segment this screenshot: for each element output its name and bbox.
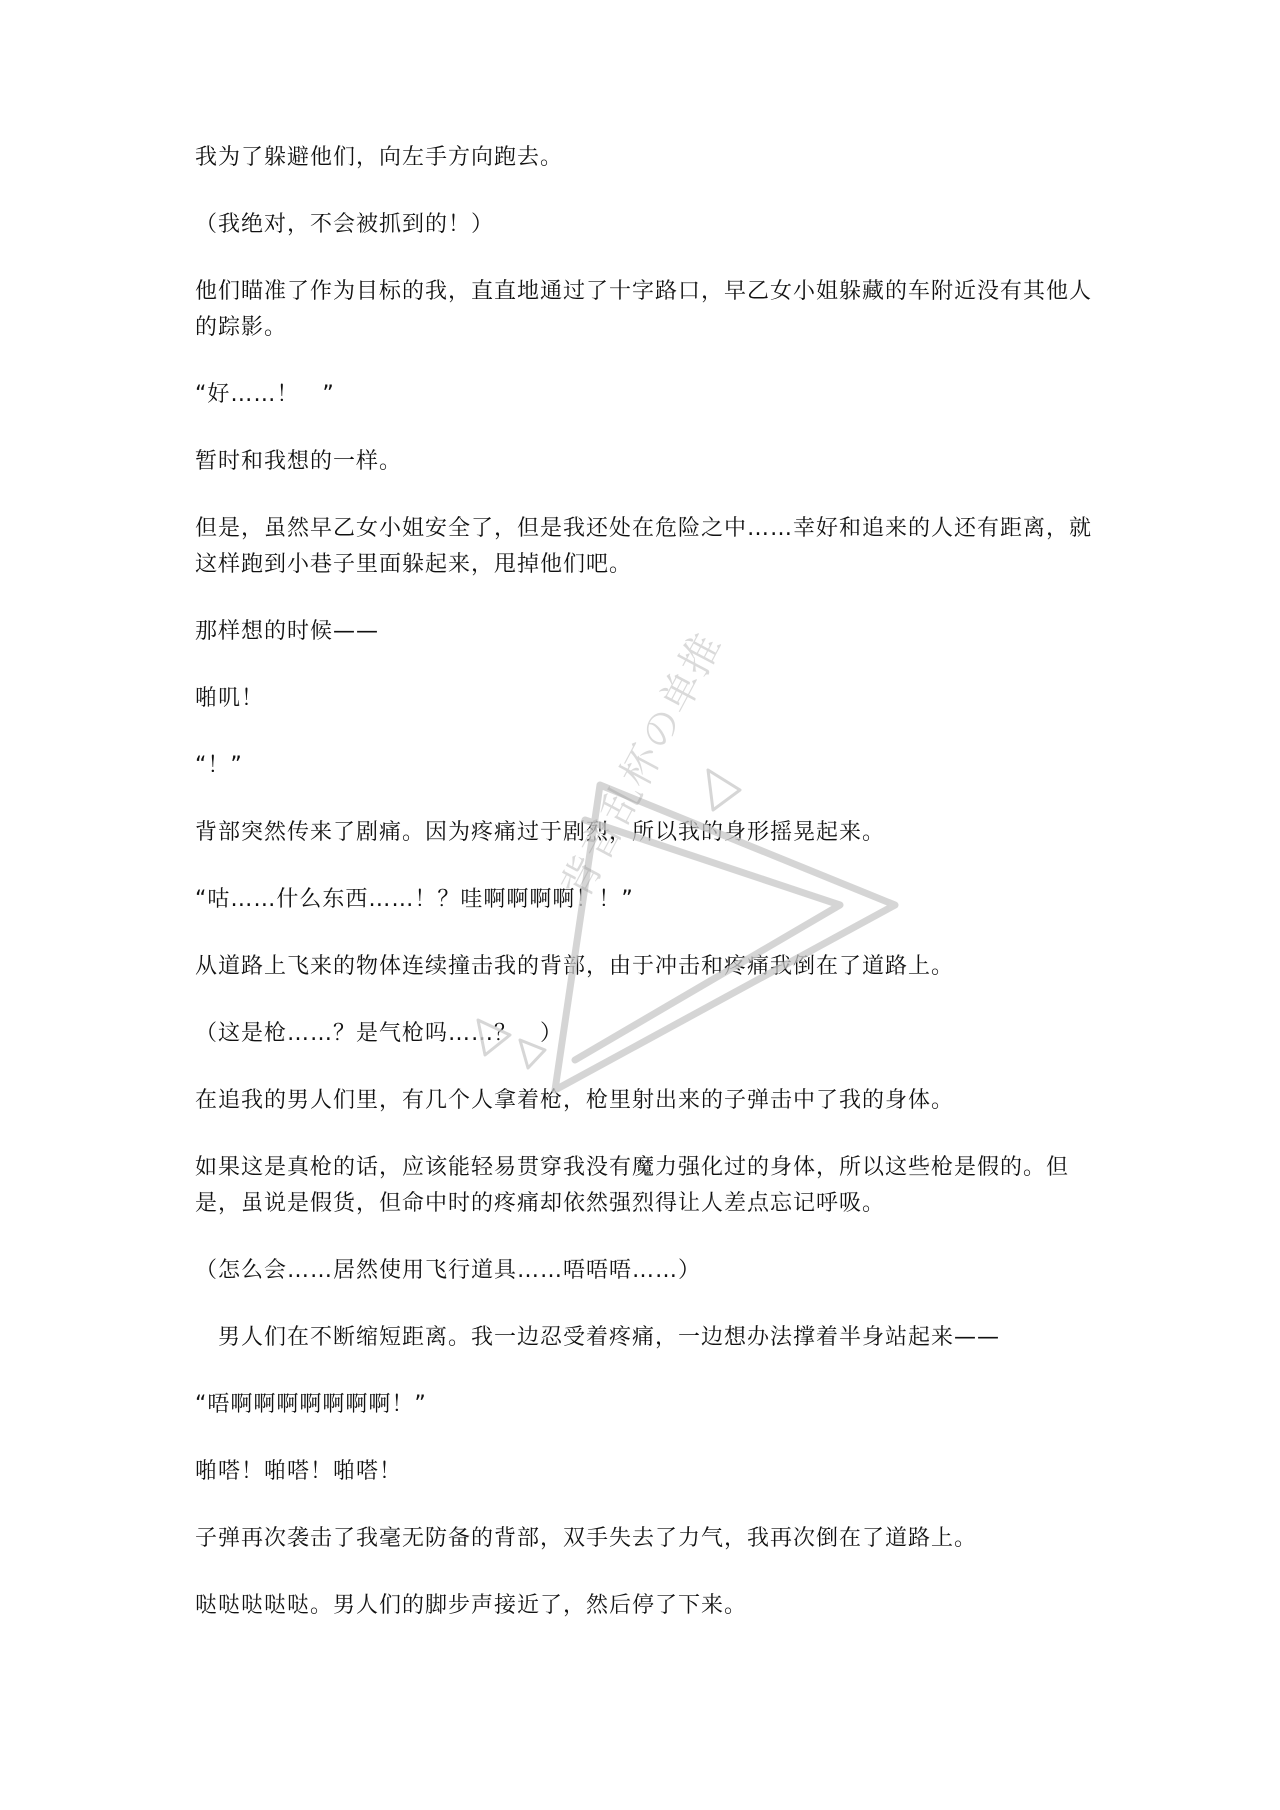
paragraph: （我绝对，不会被抓到的！）: [195, 207, 1095, 243]
paragraph: 如果这是真枪的话，应该能轻易贯穿我没有魔力强化过的身体，所以这些枪是假的。但是，…: [195, 1150, 1095, 1222]
paragraph: （这是枪……？是气枪吗……？ ）: [195, 1016, 1095, 1052]
paragraph: 在追我的男人们里，有几个人拿着枪，枪里射出来的子弹击中了我的身体。: [195, 1083, 1095, 1119]
paragraph: （怎么会……居然使用飞行道具……唔唔唔……）: [195, 1253, 1095, 1289]
document-body: 我为了躲避他们，向左手方向跑去。 （我绝对，不会被抓到的！） 他们瞄准了作为目标…: [195, 140, 1095, 1655]
paragraph: 他们瞄准了作为目标的我，直直地通过了十字路口，早乙女小姐躲藏的车附近没有其他人的…: [195, 274, 1095, 346]
paragraph: 啪叽！: [195, 681, 1095, 717]
paragraph: 我为了躲避他们，向左手方向跑去。: [195, 140, 1095, 176]
paragraph: “唔啊啊啊啊啊啊啊！”: [195, 1387, 1095, 1423]
paragraph: 子弹再次袭击了我毫无防备的背部，双手失去了力气，我再次倒在了道路上。: [195, 1521, 1095, 1557]
paragraph: “好……！ ”: [195, 377, 1095, 413]
paragraph: 那样想的时候——: [195, 614, 1095, 650]
paragraph: 啪嗒！啪嗒！啪嗒！: [195, 1454, 1095, 1490]
paragraph: 但是，虽然早乙女小姐安全了，但是我还处在危险之中……幸好和追来的人还有距离，就这…: [195, 511, 1095, 583]
paragraph: 哒哒哒哒哒。男人们的脚步声接近了，然后停了下来。: [195, 1588, 1095, 1624]
paragraph: 男人们在不断缩短距离。我一边忍受着疼痛，一边想办法撑着半身站起来——: [195, 1320, 1095, 1356]
paragraph: “！”: [195, 748, 1095, 784]
paragraph: 背部突然传来了剧痛。因为疼痛过于剧烈，所以我的身形摇晃起来。: [195, 815, 1095, 851]
paragraph: “咕……什么东西……！？哇啊啊啊啊！！”: [195, 882, 1095, 918]
paragraph: 从道路上飞来的物体连续撞击我的背部，由于冲击和疼痛我倒在了道路上。: [195, 949, 1095, 985]
document-page: 我为了躲避他们，向左手方向跑去。 （我绝对，不会被抓到的！） 他们瞄准了作为目标…: [0, 0, 1280, 1810]
paragraph: 暂时和我想的一样。: [195, 444, 1095, 480]
